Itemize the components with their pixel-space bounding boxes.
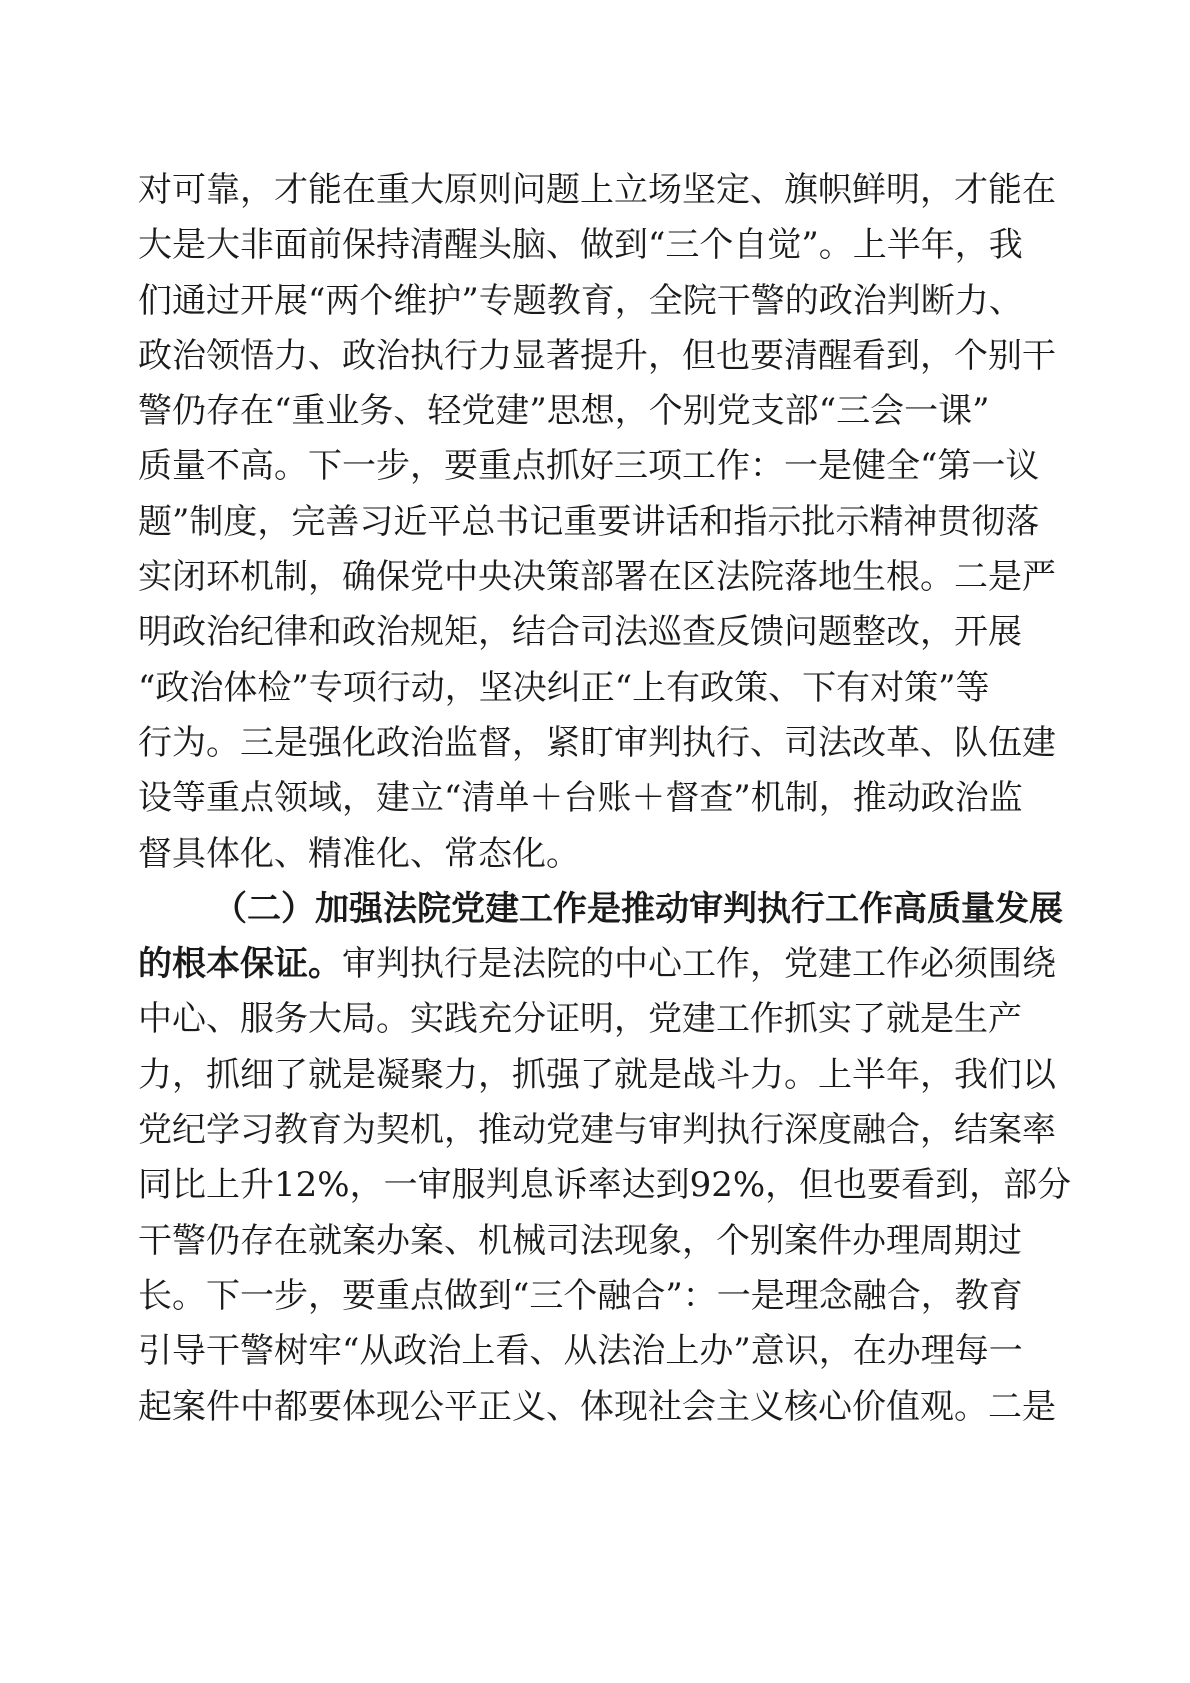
document-page: 对可靠，才能在重大原则问题上立场坚定、旗帜鲜明，才能在 大是大非面前保持清醒头脑… (138, 163, 962, 1435)
section-heading: （二）加强法院党建工作是推动审判执行工作高质量发展 (138, 882, 962, 937)
text-line: 设等重点领域，建立“清单＋台账＋督查”机制，推动政治监 (138, 771, 962, 826)
text-line: 干警仍存在就案办案、机械司法现象，个别案件办理周期过 (138, 1214, 962, 1269)
text-line: 题”制度，完善习近平总书记重要讲话和指示批示精神贯彻落 (138, 495, 962, 550)
text-line: 力，抓细了就是凝聚力，抓强了就是战斗力。上半年，我们以 (138, 1048, 962, 1103)
text-line: 质量不高。下一步，要重点抓好三项工作：一是健全“第一议 (138, 439, 962, 494)
text-line: 警仍存在“重业务、轻党建”思想，个别党支部“三会一课” (138, 384, 962, 439)
text-line: “政治体检”专项行动，坚决纠正“上有政策、下有对策”等 (138, 661, 962, 716)
text-line: 引导干警树牢“从政治上看、从法治上办”意识，在办理每一 (138, 1324, 962, 1379)
text-line: 实闭环机制，确保党中央决策部署在区法院落地生根。二是严 (138, 550, 962, 605)
text-line: 行为。三是强化政治监督，紧盯审判执行、司法改革、队伍建 (138, 716, 962, 771)
text-line: 党纪学习教育为契机，推动党建与审判执行深度融合，结案率 (138, 1103, 962, 1158)
section-heading-end: 的根本保证。 (138, 944, 342, 984)
paragraph-2: （二）加强法院党建工作是推动审判执行工作高质量发展 的根本保证。审判执行是法院的… (138, 882, 962, 1435)
paragraph-1: 对可靠，才能在重大原则问题上立场坚定、旗帜鲜明，才能在 大是大非面前保持清醒头脑… (138, 163, 962, 882)
text-line: 督具体化、精准化、常态化。 (138, 827, 962, 882)
text-line: 政治领悟力、政治执行力显著提升，但也要清醒看到，个别干 (138, 329, 962, 384)
text-line: 们通过开展“两个维护”专题教育，全院干警的政治判断力、 (138, 274, 962, 329)
text-line: 对可靠，才能在重大原则问题上立场坚定、旗帜鲜明，才能在 (138, 163, 962, 218)
text-line: 起案件中都要体现公平正义、体现社会主义核心价值观。二是 (138, 1380, 962, 1435)
text-line: 中心、服务大局。实践充分证明，党建工作抓实了就是生产 (138, 992, 962, 1047)
text-line: 大是大非面前保持清醒头脑、做到“三个自觉”。上半年，我 (138, 218, 962, 273)
text-line: 的根本保证。审判执行是法院的中心工作，党建工作必须围绕 (138, 937, 962, 992)
text-line: 同比上升12%，一审服判息诉率达到92%，但也要看到，部分 (138, 1158, 962, 1213)
text-line: 明政治纪律和政治规矩，结合司法巡查反馈问题整改，开展 (138, 605, 962, 660)
text-line: 长。下一步，要重点做到“三个融合”：一是理念融合，教育 (138, 1269, 962, 1324)
text-span: 审判执行是法院的中心工作，党建工作必须围绕 (342, 944, 1056, 984)
